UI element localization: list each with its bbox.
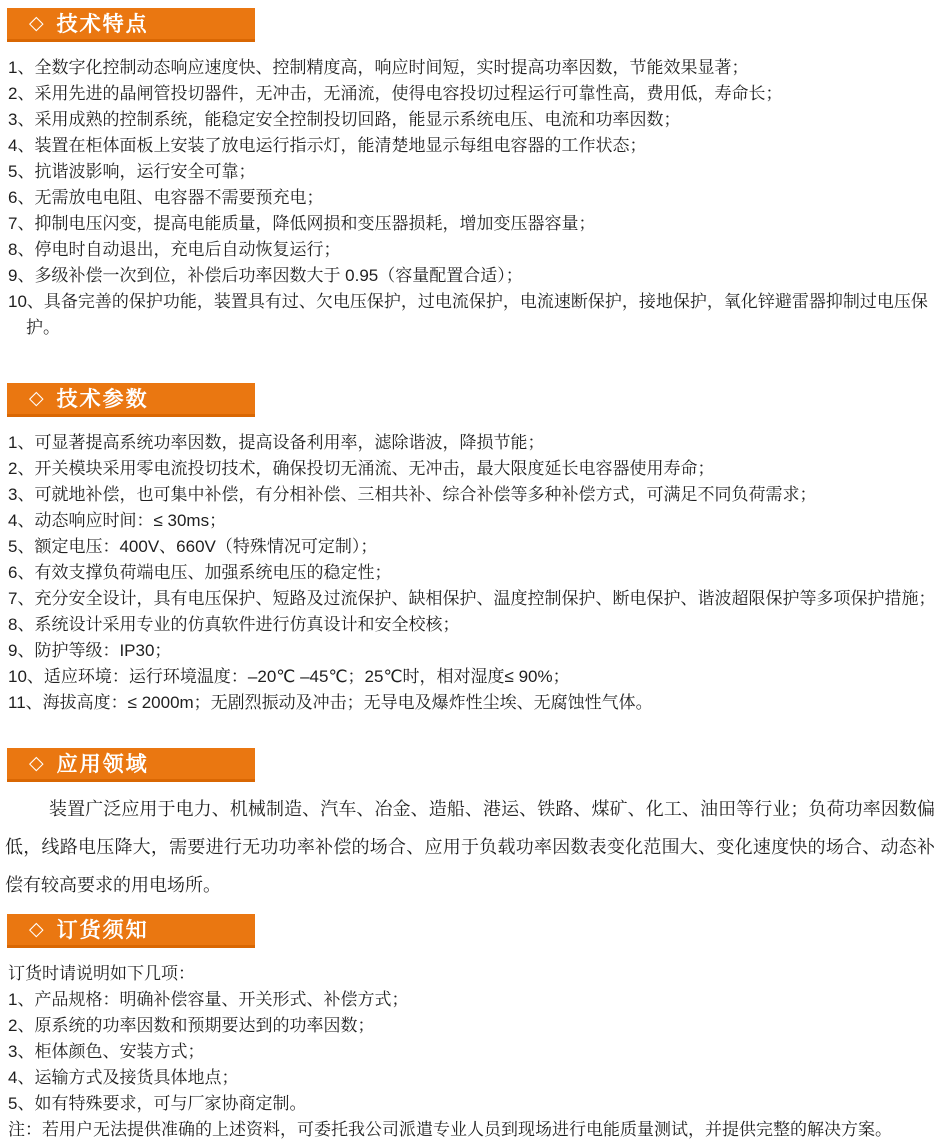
section-tech-parameters: ◇ 技术参数 1、可显著提高系统功率因数，提高设备利用率，滤除谐波，降损节能；2… (0, 383, 940, 716)
section-header-ordering-notes: ◇ 订货须知 (7, 914, 255, 948)
list-item: 6、有效支撑负荷端电压、加强系统电压的稳定性； (8, 560, 936, 586)
section-title-tech-parameters: 技术参数 (57, 383, 149, 413)
section-title-ordering-notes: 订货须知 (57, 914, 149, 944)
diamond-icon: ◇ (29, 14, 44, 33)
diamond-icon: ◇ (29, 920, 44, 939)
list-item: 5、如有特殊要求，可与厂家协商定制。 (8, 1091, 936, 1117)
section-ordering-notes: ◇ 订货须知 订货时请说明如下几项： 1、产品规格：明确补偿容量、开关形式、补偿… (0, 914, 940, 1143)
list-item: 8、系统设计采用专业的仿真软件进行仿真设计和安全校核； (8, 612, 936, 638)
section-tech-features: ◇ 技术特点 1、全数字化控制动态响应速度快、控制精度高，响应时间短，实时提高功… (0, 8, 940, 341)
list-item: 1、可显著提高系统功率因数，提高设备利用率，滤除谐波，降损节能； (8, 430, 936, 456)
section-header-tech-features: ◇ 技术特点 (7, 8, 255, 42)
list-item: 7、充分安全设计，具有电压保护、短路及过流保护、缺相保护、温度控制保护、断电保护… (8, 586, 936, 612)
list-item: 9、多级补偿一次到位，补偿后功率因数大于 0.95（容量配置合适）； (8, 263, 936, 289)
list-item: 4、运输方式及接货具体地点； (8, 1065, 936, 1091)
list-item: 8、停电时自动退出，充电后自动恢复运行； (8, 237, 936, 263)
list-item: 10、适应环境：运行环境温度：–20℃ –45℃；25℃时，相对湿度≤ 90%； (8, 664, 936, 690)
list-item: 9、防护等级：IP30； (8, 638, 936, 664)
list-item: 1、全数字化控制动态响应速度快、控制精度高，响应时间短，实时提高功率因数，节能效… (8, 55, 936, 81)
list-item: 10、具备完善的保护功能，装置具有过、欠电压保护，过电流保护，电流速断保护，接地… (8, 289, 936, 341)
list-item: 11、海拔高度：≤ 2000m；无剧烈振动及冲击；无导电及爆炸性尘埃、无腐蚀性气… (8, 690, 936, 716)
diamond-icon: ◇ (29, 389, 44, 408)
section-header-tech-parameters: ◇ 技术参数 (7, 383, 255, 417)
list-item: 3、柜体颜色、安装方式； (8, 1039, 936, 1065)
list-item: 3、可就地补偿，也可集中补偿，有分相补偿、三相共补、综合补偿等多种补偿方式，可满… (8, 482, 936, 508)
list-item: 4、装置在柜体面板上安装了放电运行指示灯，能清楚地显示每组电容器的工作状态； (8, 133, 936, 159)
applications-paragraph: 装置广泛应用于电力、机械制造、汽车、冶金、造船、港运、铁路、煤矿、化工、油田等行… (5, 790, 935, 904)
section-title-applications: 应用领域 (57, 748, 149, 778)
ordering-list: 1、产品规格：明确补偿容量、开关形式、补偿方式；2、原系统的功率因数和预期要达到… (8, 987, 936, 1117)
list-item: 4、动态响应时间：≤ 30ms； (8, 508, 936, 534)
list-item: 5、额定电压：400V、660V（特殊情况可定制）； (8, 534, 936, 560)
section-applications: ◇ 应用领域 装置广泛应用于电力、机械制造、汽车、冶金、造船、港运、铁路、煤矿、… (0, 748, 940, 904)
list-item: 7、抑制电压闪变，提高电能质量，降低网损和变压器损耗，增加变压器容量； (8, 211, 936, 237)
list-item: 2、开关模块采用零电流投切技术，确保投切无涌流、无冲击，最大限度延长电容器使用寿… (8, 456, 936, 482)
list-item: 1、产品规格：明确补偿容量、开关形式、补偿方式； (8, 987, 936, 1013)
list-item: 2、采用先进的晶闸管投切器件，无冲击，无涌流，使得电容投切过程运行可靠性高，费用… (8, 81, 936, 107)
tech-features-list: 1、全数字化控制动态响应速度快、控制精度高，响应时间短，实时提高功率因数，节能效… (8, 55, 936, 341)
list-item: 3、采用成熟的控制系统，能稳定安全控制投切回路，能显示系统电压、电流和功率因数； (8, 107, 936, 133)
list-item: 5、抗谐波影响，运行安全可靠； (8, 159, 936, 185)
section-title-tech-features: 技术特点 (57, 8, 149, 38)
list-item: 2、原系统的功率因数和预期要达到的功率因数； (8, 1013, 936, 1039)
section-header-applications: ◇ 应用领域 (7, 748, 255, 782)
diamond-icon: ◇ (29, 754, 44, 773)
ordering-intro-line: 订货时请说明如下几项： (8, 961, 936, 987)
ordering-note-line: 注：若用户无法提供准确的上述资料，可委托我公司派遣专业人员到现场进行电能质量测试… (8, 1117, 936, 1143)
tech-parameters-list: 1、可显著提高系统功率因数，提高设备利用率，滤除谐波，降损节能；2、开关模块采用… (8, 430, 936, 716)
list-item: 6、无需放电电阻、电容器不需要预充电； (8, 185, 936, 211)
document-page: ◇ 技术特点 1、全数字化控制动态响应速度快、控制精度高，响应时间短，实时提高功… (0, 8, 940, 1145)
